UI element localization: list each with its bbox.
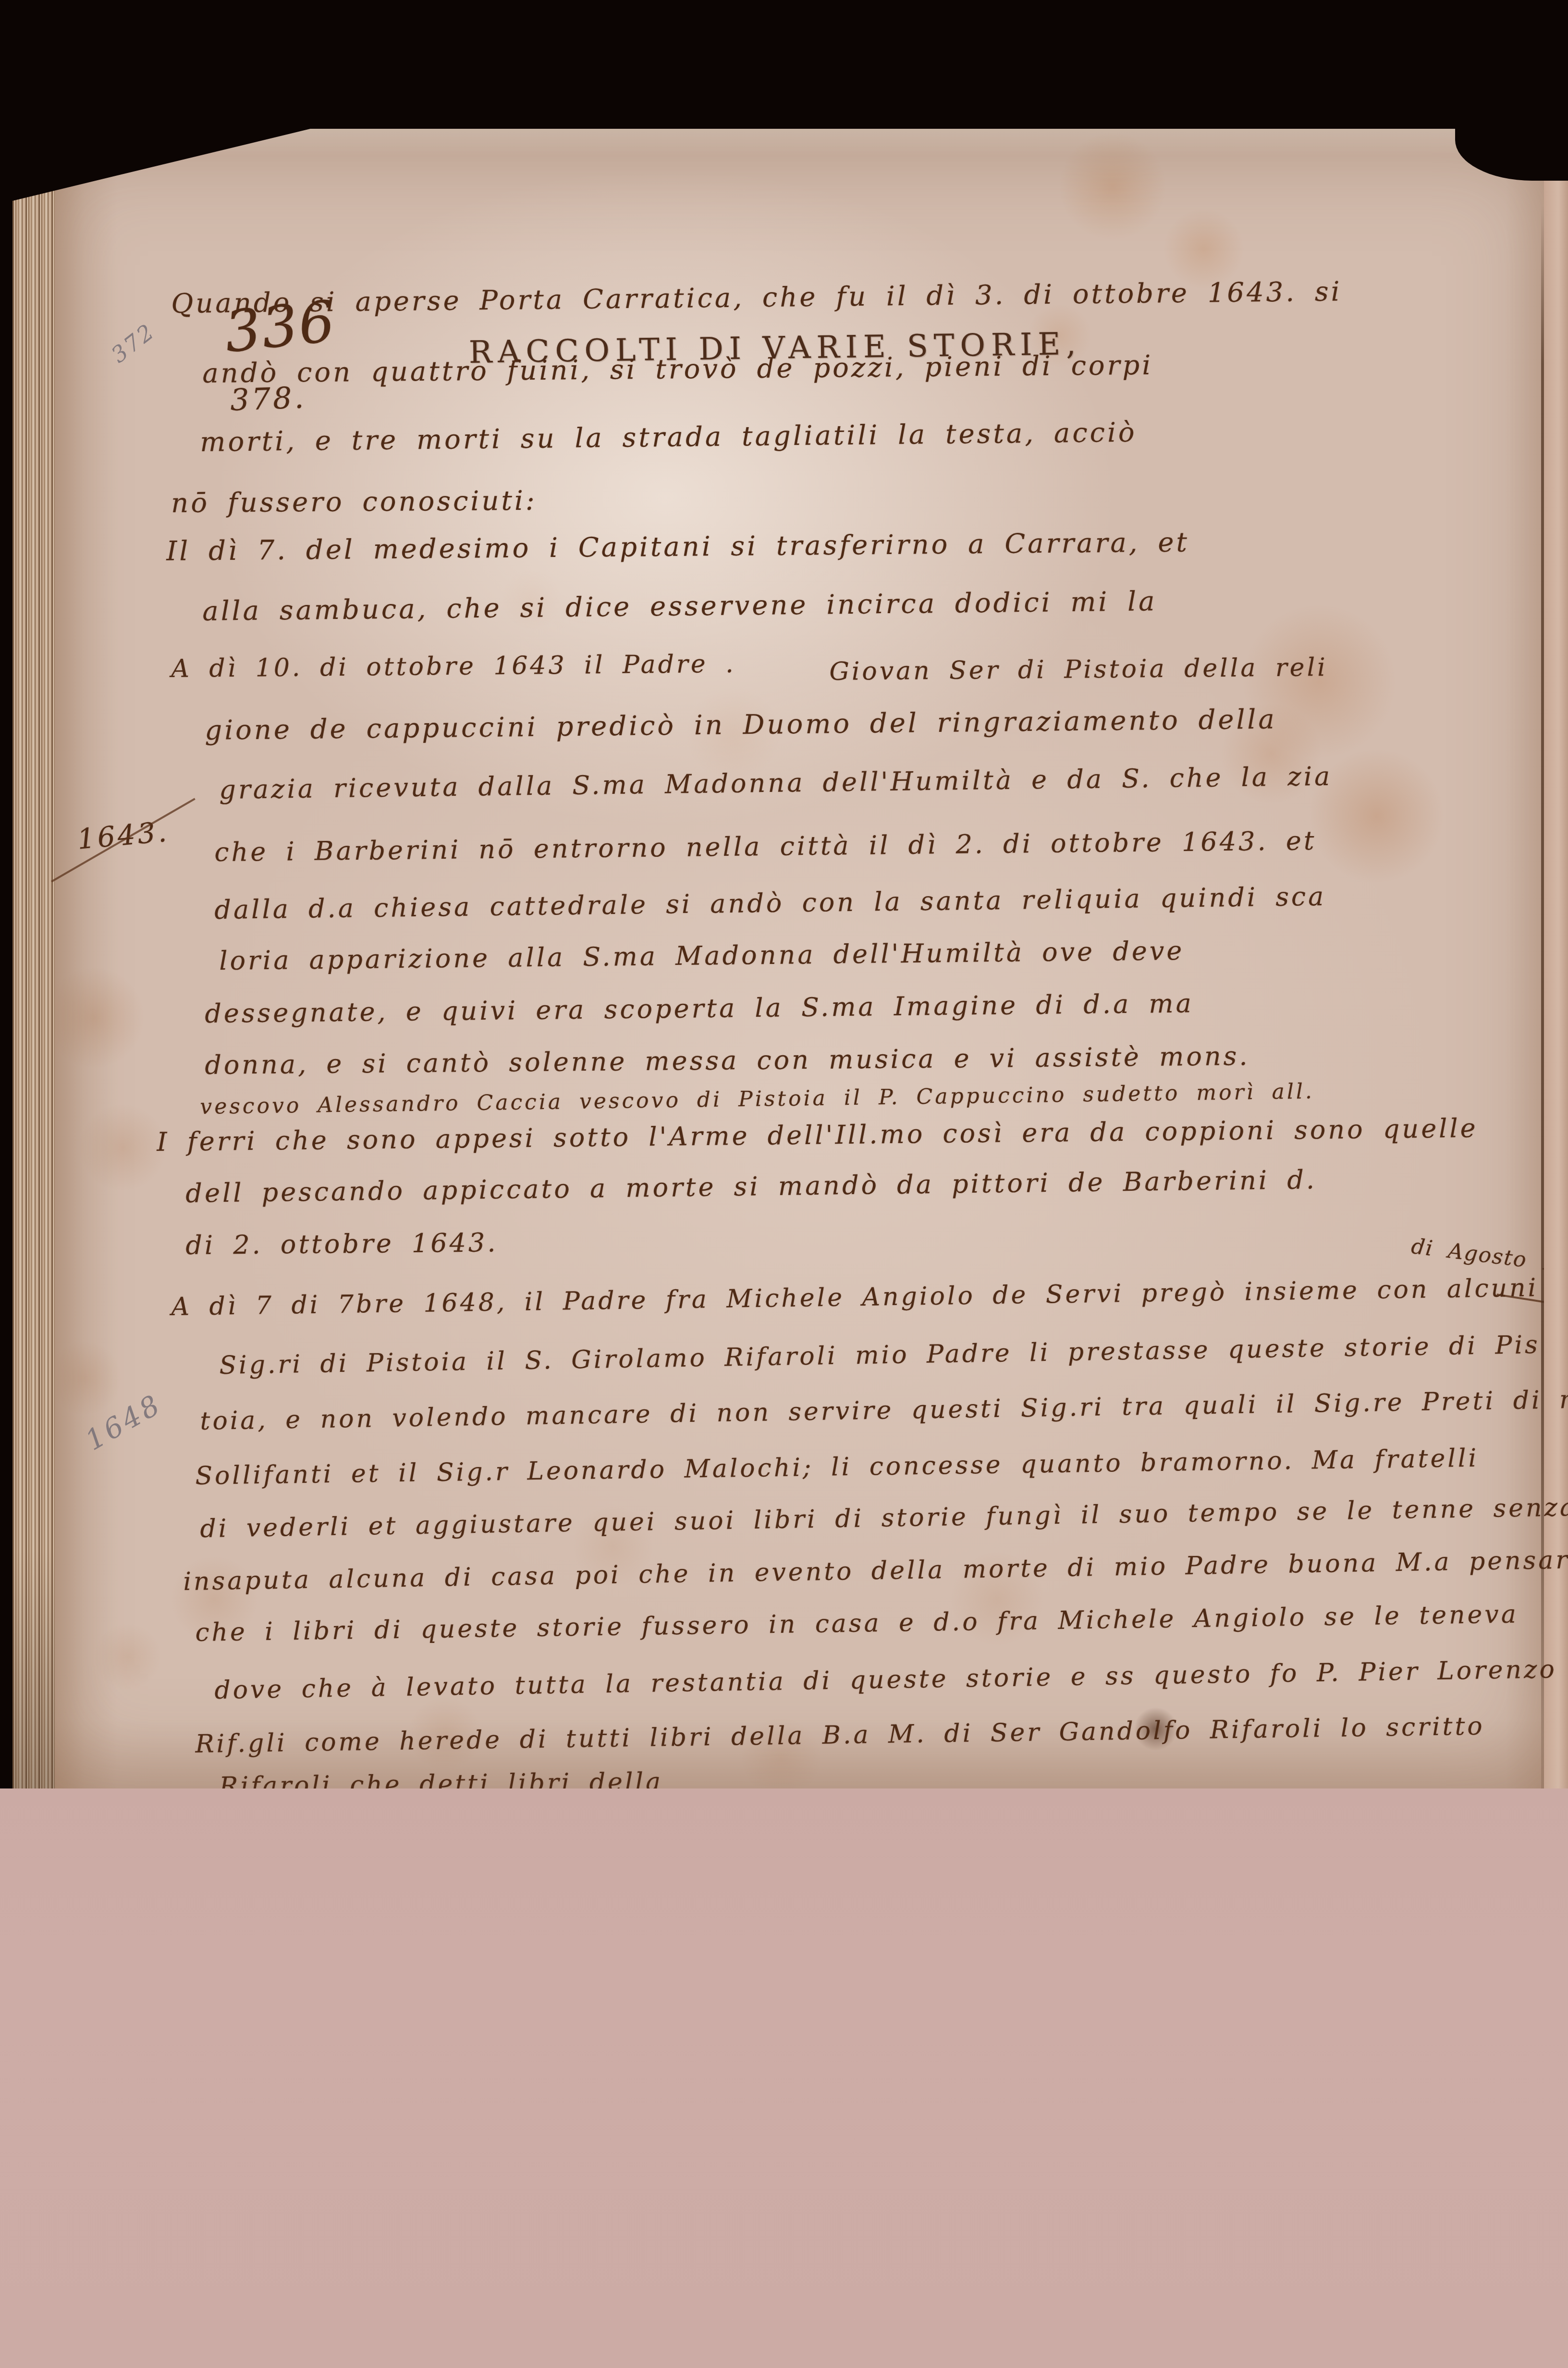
manuscript-line: A dì 10. di ottobre 1643 il Padre . bbox=[171, 650, 736, 683]
manuscript-line: toia, e non volendo mancare di non servi… bbox=[200, 1384, 1568, 1436]
manuscript-line: insaputa alcuna di casa poi che in event… bbox=[183, 1545, 1568, 1596]
top-left-black-wedge bbox=[12, 129, 310, 201]
manuscript-line: che i libri di queste storie fussero in … bbox=[195, 1600, 1519, 1647]
photo-backdrop bbox=[0, 1788, 1568, 2368]
gutter-shadow bbox=[55, 129, 117, 1801]
manuscript-line: loria apparizione alla S.ma Madonna dell… bbox=[219, 936, 1185, 976]
manuscript-line: alla sambuca, che si dice esservene inci… bbox=[202, 586, 1157, 627]
manuscript-line: A dì 7 di 7bre 1648, il Padre fra Michel… bbox=[171, 1273, 1539, 1321]
manuscript-line: Sig.ri di Pistoia il S. Girolamo Rifarol… bbox=[219, 1331, 1540, 1380]
manuscript-line: Il dì 7. del medesimo i Capitani si tras… bbox=[166, 527, 1189, 567]
manuscript-line: grazia ricevuta dalla S.ma Madonna dell'… bbox=[219, 761, 1333, 805]
manuscript-line: dove che à levato tutta la restantia di … bbox=[214, 1655, 1557, 1705]
top-right-black-corner bbox=[1455, 128, 1568, 181]
manuscript-line: andò con quattro fuini, si trovò de pozz… bbox=[202, 350, 1153, 389]
manuscript-line: Sollifanti et il Sig.r Leonardo Malochi;… bbox=[195, 1444, 1479, 1491]
manuscript-line: nō fussero conosciuti: bbox=[171, 485, 537, 519]
manuscript-line: di 2. ottobre 1643. bbox=[185, 1227, 498, 1260]
manuscript-page: 372 336 378. RACCOLTI DI VARIE STORIE, 1… bbox=[12, 129, 1568, 1801]
manuscript-line: vescovo Alessandro Caccia vescovo di Pis… bbox=[200, 1079, 1314, 1119]
book-gutter-page-edges bbox=[12, 129, 55, 1801]
manuscript-line: dessegnate, e quivi era scoperta la S.ma… bbox=[205, 988, 1194, 1029]
manuscript-line: dell pescando appiccato a morte si mandò… bbox=[185, 1164, 1317, 1209]
manuscript-line: che i Barberini nō entrorno nella città … bbox=[214, 826, 1317, 867]
manuscript-line: gione de cappuccini predicò in Duomo del… bbox=[205, 704, 1277, 746]
manuscript-line: di vederli et aggiustare quei suoi libri… bbox=[200, 1493, 1568, 1543]
manuscript-line: Giovan Ser di Pistoia della reli bbox=[829, 653, 1328, 686]
manuscript-line: I ferri che sono appesi sotto l'Arme del… bbox=[157, 1113, 1478, 1157]
manuscript-line: Quando si aperse Porta Carratica, che fu… bbox=[171, 276, 1342, 320]
manuscript-line: morti, e tre morti su la strada tagliati… bbox=[200, 417, 1137, 458]
book-photo: 372 336 378. RACCOLTI DI VARIE STORIE, 1… bbox=[0, 0, 1568, 1801]
manuscript-line: dalla d.a chiesa cattedrale si andò con … bbox=[214, 881, 1326, 925]
screenshot-root: { "page": { "page_number_top": "336", "p… bbox=[0, 0, 1568, 2368]
manuscript-line: donna, e si cantò solenne messa con musi… bbox=[205, 1041, 1250, 1080]
manuscript-line: Rif.gli come herede di tutti libri della… bbox=[195, 1712, 1485, 1759]
